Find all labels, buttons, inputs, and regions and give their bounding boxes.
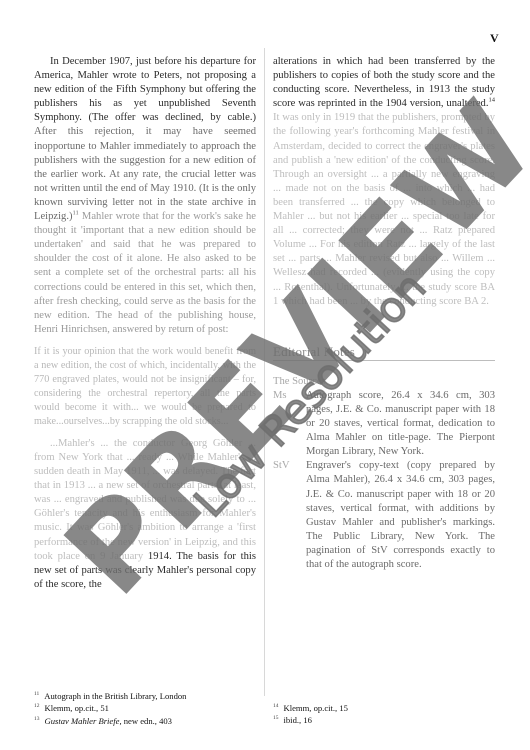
footnote-text: Klemm, op.cit., 15 [284, 703, 348, 713]
paragraph-text-faded: It was only in 1919 that the publishers,… [273, 112, 495, 306]
body-paragraph-2: ...Mahler's ... the conductor Georg Göhl… [34, 437, 256, 592]
body-paragraph-1: In December 1907, just before his depart… [34, 55, 256, 337]
footnote-ref-14: 14 [489, 97, 496, 104]
footnote-12: 12Klemm, op.cit., 51 [34, 701, 186, 713]
left-column: In December 1907, just before his depart… [34, 55, 256, 592]
subheading-the-sources: The Sources [273, 375, 495, 389]
footnote-text: Klemm, op.cit., 51 [45, 703, 109, 713]
footnote-text: Autograph in the British Library, London [44, 691, 186, 701]
source-entry-ms: Ms Autograph score, 26.4 x 34.6 cm, 303 … [273, 389, 495, 459]
paragraph-text-dark: alterations in which had been transferre… [273, 56, 495, 109]
body-paragraph-continued: alterations in which had been transferre… [273, 55, 495, 309]
footnote-text: , new edn., 403 [119, 716, 172, 726]
footnotes-right: 14Klemm, op.cit., 15 15ibid., 16 [273, 701, 348, 726]
footnote-number: 14 [273, 703, 279, 709]
source-description: Autograph score, 26.4 x 34.6 cm, 303 pag… [306, 389, 495, 459]
footnote-number: 15 [273, 715, 279, 721]
block-quote: If it is your opinion that the work woul… [34, 345, 256, 429]
source-siglum: StV [273, 459, 306, 572]
footnote-title: Gustav Mahler Briefe [45, 716, 120, 726]
paragraph-text-dark: In December 1907, just before his depart… [34, 56, 256, 123]
source-entry-stv: StV Engraver's copy-text (copy prepared … [273, 459, 495, 572]
footnotes-left: 11Autograph in the British Library, Lond… [34, 689, 186, 726]
footnote-13: 13Gustav Mahler Briefe, new edn., 403 [34, 714, 186, 726]
footnote-text: ibid., 16 [284, 715, 312, 725]
footnote-number: 12 [34, 703, 40, 709]
footnote-15: 15ibid., 16 [273, 713, 348, 725]
paragraph-text-faded: ...Mahler's ... the conductor Georg Göhl… [34, 438, 256, 562]
footnote-14: 14Klemm, op.cit., 15 [273, 701, 348, 713]
source-description: Engraver's copy-text (copy prepared by A… [306, 459, 495, 572]
page-number: V [490, 31, 499, 46]
right-column: alterations in which had been transferre… [273, 55, 495, 572]
source-siglum: Ms [273, 389, 306, 459]
section-heading-editorial-notes: Editorial Notes [273, 345, 495, 361]
paragraph-text-mid: After this rejection, it may have seemed… [34, 126, 256, 222]
footnote-number: 13 [34, 716, 40, 722]
paragraph-text-faded: Mahler wrote that for the work's sake he… [34, 211, 256, 335]
footnote-11: 11Autograph in the British Library, Lond… [34, 689, 186, 701]
footnote-number: 11 [34, 691, 39, 697]
column-divider [264, 48, 265, 696]
